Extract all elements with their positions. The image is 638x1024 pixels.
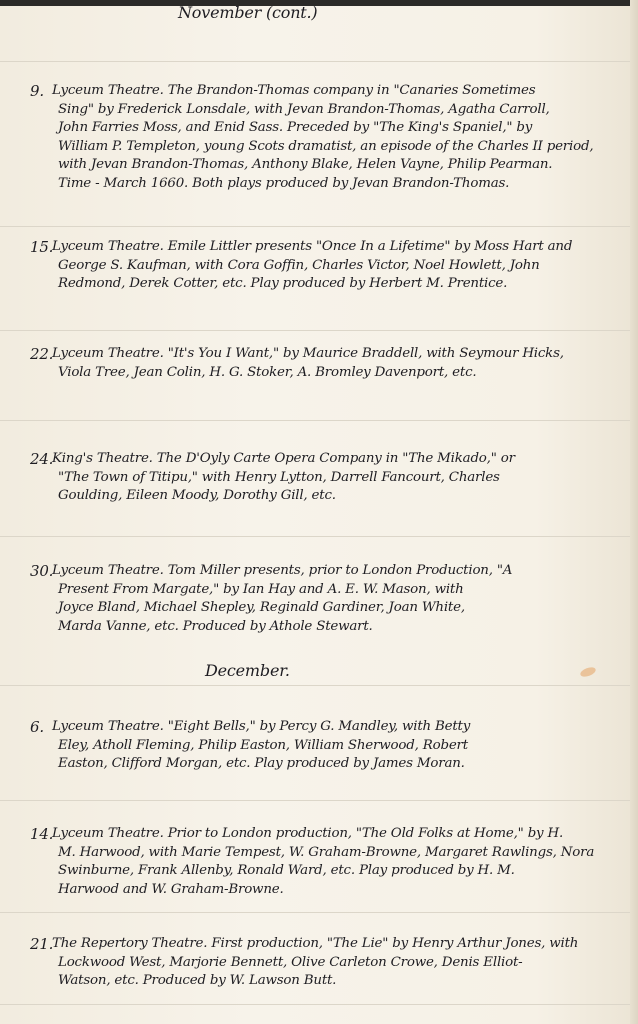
entry-line: Lyceum Theatre. The Brandon-Thomas compa…: [52, 82, 632, 101]
ruled-line: [0, 61, 630, 62]
entry-line: Swinburne, Frank Allenby, Ronald Ward, e…: [52, 862, 632, 881]
entry-line: Sing" by Frederick Lonsdale, with Jevan …: [52, 101, 632, 120]
entry-line: William P. Templeton, young Scots dramat…: [52, 138, 632, 157]
ruled-line: [0, 800, 630, 801]
entry-line: King's Theatre. The D'Oyly Carte Opera C…: [52, 450, 632, 469]
entry-line: Eley, Atholl Fleming, Philip Easton, Wil…: [52, 737, 632, 756]
entry-line: Joyce Bland, Michael Shepley, Reginald G…: [52, 599, 632, 618]
ruled-line: [0, 330, 630, 331]
page-heading: November (cont.): [178, 4, 317, 23]
entry-line: George S. Kaufman, with Cora Goffin, Cha…: [52, 257, 632, 276]
entry-line: Lyceum Theatre. "Eight Bells," by Percy …: [52, 718, 632, 737]
ruled-line: [0, 226, 630, 227]
entry-line: Lyceum Theatre. Tom Miller presents, pri…: [52, 562, 632, 581]
ruled-line: [0, 1004, 630, 1005]
entry-line: Goulding, Eileen Moody, Dorothy Gill, et…: [52, 487, 632, 506]
entry-line: Lyceum Theatre. Emile Littler presents "…: [52, 238, 632, 257]
ruled-line: [0, 685, 630, 686]
entry-line: "The Town of Titipu," with Henry Lytton,…: [52, 469, 632, 488]
entry-line: John Farries Moss, and Enid Sass. Preced…: [52, 119, 632, 138]
entry-line: Watson, etc. Produced by W. Lawson Butt.: [52, 972, 632, 991]
entry-line: with Jevan Brandon-Thomas, Anthony Blake…: [52, 156, 632, 175]
entry-line: Harwood and W. Graham-Browne.: [52, 881, 632, 900]
entry-line: Viola Tree, Jean Colin, H. G. Stoker, A.…: [52, 364, 632, 383]
entry-line: Time - March 1660. Both plays produced b…: [52, 175, 632, 194]
ruled-line: [0, 420, 630, 421]
entry-line: Marda Vanne, etc. Produced by Athole Ste…: [52, 618, 632, 637]
entry-line: Lockwood West, Marjorie Bennett, Olive C…: [52, 954, 632, 973]
ruled-line: [0, 912, 630, 913]
entry-line: Easton, Clifford Morgan, etc. Play produ…: [52, 755, 632, 774]
ruled-line: [0, 536, 630, 537]
entry-line: Lyceum Theatre. Prior to London producti…: [52, 825, 632, 844]
month-heading-december: December.: [205, 662, 290, 681]
entry-line: The Repertory Theatre. First production,…: [52, 935, 632, 954]
entry-line: M. Harwood, with Marie Tempest, W. Graha…: [52, 844, 632, 863]
entry-line: Lyceum Theatre. "It's You I Want," by Ma…: [52, 345, 632, 364]
entry-line: Present From Margate," by Ian Hay and A.…: [52, 581, 632, 600]
entry-line: Redmond, Derek Cotter, etc. Play produce…: [52, 275, 632, 294]
